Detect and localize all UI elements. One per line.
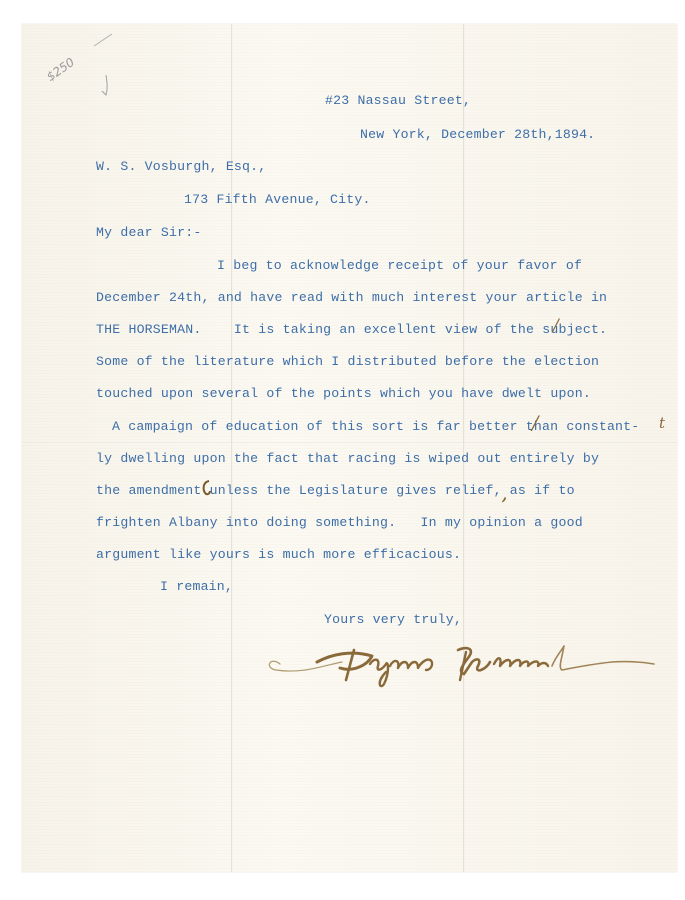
- closing-phrase: I remain,: [160, 580, 233, 593]
- salutation: My dear Sir:-: [96, 226, 201, 239]
- body-line-5: touched upon several of the points which…: [96, 387, 591, 400]
- body-line-4: Some of the literature which I distribut…: [96, 355, 599, 368]
- body-line-3: THE HORSEMAN. It is taking an excellent …: [96, 323, 607, 336]
- ink-correction-slash-1: /: [553, 318, 559, 335]
- recipient-name: W. S. Vosburgh, Esq.,: [96, 160, 266, 173]
- ink-correction-t: t: [659, 416, 665, 431]
- valediction: Yours very truly,: [324, 613, 462, 626]
- ink-correction-slash-2: /: [532, 414, 538, 433]
- body-line-9: frighten Albany into doing something. In…: [96, 516, 583, 529]
- vertical-fold-left: [231, 24, 233, 872]
- body-line-6: A campaign of education of this sort is …: [112, 420, 639, 433]
- pencil-dash-icon: [92, 32, 116, 48]
- vertical-fold-right: [463, 24, 465, 872]
- body-line-2: December 24th, and have read with much i…: [96, 291, 607, 304]
- pencil-check-mark-icon: [100, 74, 114, 98]
- signature-icon: [262, 636, 662, 696]
- ink-correction-mark-icon: [199, 478, 213, 498]
- recipient-address: 173 Fifth Avenue, City.: [184, 193, 371, 206]
- body-line-10: argument like yours is much more efficac…: [96, 548, 461, 561]
- ink-correction-comma: ,: [502, 488, 507, 503]
- letter-paper: [22, 24, 677, 872]
- body-line-7: ly dwelling upon the fact that racing is…: [96, 452, 599, 465]
- sender-address: #23 Nassau Street,: [325, 94, 471, 107]
- horizontal-fold: [22, 442, 677, 444]
- dateline: New York, December 28th,1894.: [360, 128, 595, 141]
- body-line-1: I beg to acknowledge receipt of your fav…: [217, 259, 582, 272]
